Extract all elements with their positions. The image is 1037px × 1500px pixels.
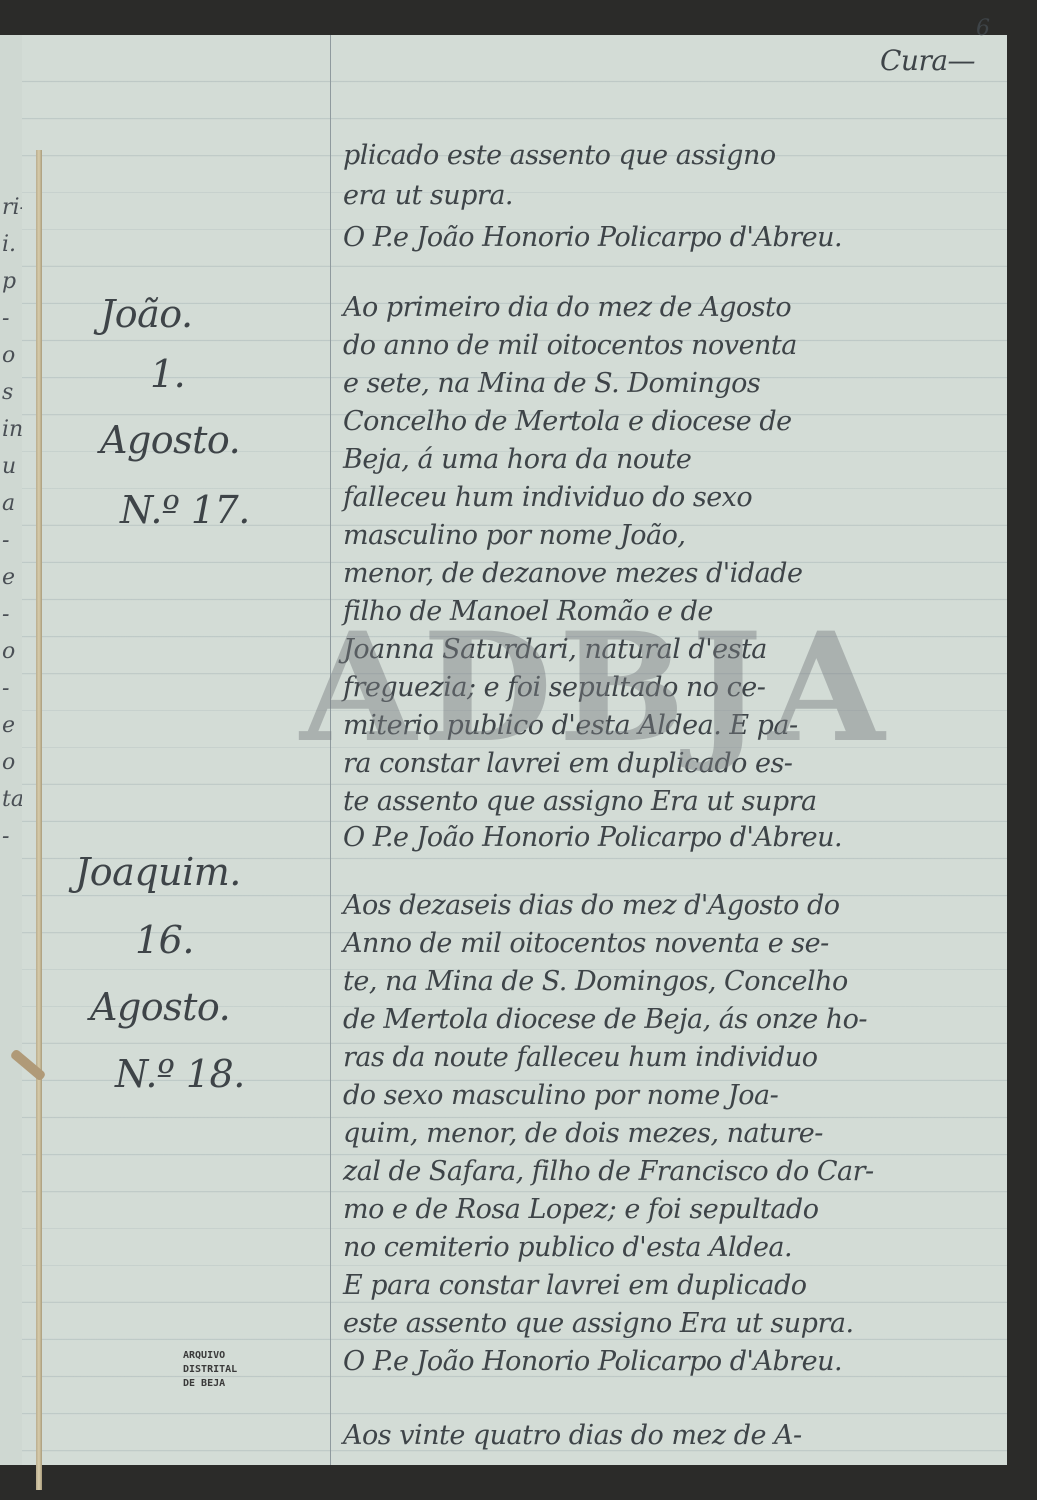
facing-page-fragment: o (2, 750, 15, 775)
margin-entry-line: 1. (150, 352, 185, 396)
stamp-line: DISTRITAL (183, 1364, 237, 1376)
margin-entry-line: N.º 18. (115, 1052, 245, 1096)
entry-line: ras da noute falleceu hum individuo (343, 1042, 818, 1073)
entry-line: Aos vinte quatro dias do mez de A- (343, 1420, 802, 1451)
facing-page-fragment: - (2, 824, 9, 849)
entry-line: mo e de Rosa Lopez; e foi sepultado (343, 1194, 818, 1225)
entry-line: menor, de dezanove mezes d'idade (343, 558, 802, 589)
entry-line: Concelho de Mertola e diocese de (343, 406, 792, 437)
facing-page-fragment: o (2, 343, 15, 368)
facing-page-fragment: s (2, 380, 13, 405)
margin-entry-line: Joaquim. (75, 850, 241, 894)
entry-line: no cemiterio publico d'esta Aldea. (343, 1232, 792, 1263)
facing-page-fragment: - (2, 602, 9, 627)
binding-thread (36, 150, 42, 1490)
entry-line: te, na Mina de S. Domingos, Concelho (343, 966, 848, 997)
entry-line: plicado este assento que assigno (343, 140, 776, 171)
facing-page-fragment: e (2, 713, 15, 738)
entry-line: Ao primeiro dia do mez de Agosto (343, 292, 791, 323)
margin-entry-line: João. (100, 292, 193, 336)
entry-line: este assento que assigno Era ut supra. (343, 1308, 854, 1339)
facing-page-fragment: a (2, 491, 15, 516)
margin-entry-line: N.º 17. (120, 488, 250, 532)
catchword: Cura— (880, 44, 975, 77)
watermark: ADBJA (300, 600, 891, 776)
entry-line: era ut supra. (343, 180, 513, 211)
entry-line: O P.e João Honorio Policarpo d'Abreu. (343, 1346, 842, 1377)
archive-stamp: ARQUIVO DISTRITAL DE BEJA (183, 1350, 259, 1404)
facing-page-fragment: e (2, 565, 15, 590)
facing-page-fragment: i. (2, 232, 16, 257)
entry-line: Beja, á uma hora da noute (343, 444, 691, 475)
facing-page-fragment: o (2, 639, 15, 664)
stamp-line: DE BEJA (183, 1378, 225, 1390)
entry-line: O P.e João Honorio Policarpo d'Abreu. (343, 222, 842, 253)
entry-line: E para constar lavrei em duplicado (343, 1270, 807, 1301)
entry-line: Aos dezaseis dias do mez d'Agosto do (343, 890, 839, 921)
entry-line: e sete, na Mina de S. Domingos (343, 368, 760, 399)
entry-line: do anno de mil oitocentos noventa (343, 330, 797, 361)
margin-entry-line: 16. (135, 918, 194, 962)
facing-page-fragment: in (2, 417, 23, 442)
entry-line: de Mertola diocese de Beja, ás onze ho- (343, 1004, 867, 1035)
facing-page-fragment: ta (2, 787, 24, 812)
page-number: 6 (976, 16, 990, 41)
facing-page-fragment: - (2, 306, 9, 331)
margin-entry-line: Agosto. (100, 418, 240, 462)
facing-page-fragment: - (2, 676, 9, 701)
facing-page-fragment: - (2, 528, 9, 553)
entry-line: te assento que assigno Era ut supra (343, 786, 817, 817)
entry-line: Anno de mil oitocentos noventa e se- (343, 928, 829, 959)
facing-page-fragment: u (2, 454, 16, 479)
entry-line: do sexo masculino por nome Joa- (343, 1080, 778, 1111)
facing-page-fragment: p (2, 269, 16, 294)
entry-line: zal de Safara, filho de Francisco do Car… (343, 1156, 874, 1187)
margin-entry-line: Agosto. (90, 985, 230, 1029)
stamp-line: ARQUIVO (183, 1350, 225, 1362)
entry-line: quim, menor, de dois mezes, nature- (343, 1118, 823, 1149)
entry-line: masculino por nome João, (343, 520, 685, 551)
entry-line: falleceu hum individuo do sexo (343, 482, 752, 513)
entry-line: O P.e João Honorio Policarpo d'Abreu. (343, 822, 842, 853)
